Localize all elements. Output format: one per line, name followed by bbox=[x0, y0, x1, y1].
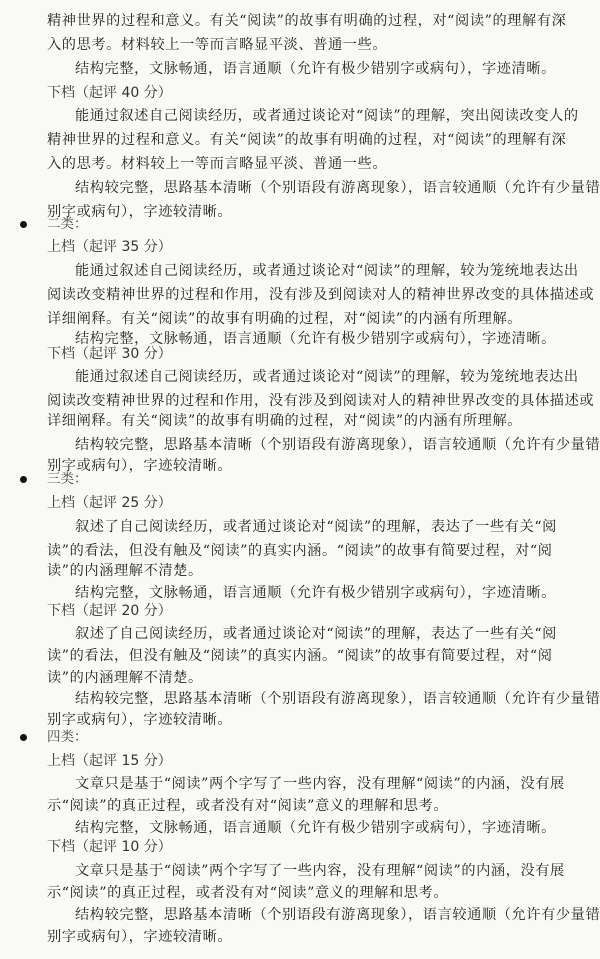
paragraph-line: 详细阐释。有关“阅读”的故事有明确的过程，对“阅读”的内涵有所理解。 bbox=[47, 310, 522, 328]
grade-heading: 上档（起评 35 分） bbox=[47, 238, 172, 256]
structure-criteria: 结构完整，文脉畅通，语言通顺（允许有极少错别字或病句），字迹清晰。 bbox=[75, 819, 556, 837]
paragraph-line: 能通过叙述自己阅读经历，或者通过谈论对“阅读”的理解，较为笼统地表达出 bbox=[75, 368, 579, 386]
category-label: 二类： bbox=[47, 215, 88, 233]
paragraph-line: 阅读改变精神世界的过程和作用，没有涉及到阅读对人的精神世界改变的具体描述或 bbox=[47, 392, 594, 410]
paragraph-line: 能通过叙述自己阅读经历，或者通过谈论对“阅读”的理解，较为笼统地表达出 bbox=[75, 262, 579, 280]
paragraph-line: 入的思考。材料较上一等而言略显平淡、普通一些。 bbox=[47, 155, 387, 173]
structure-criteria: 别字或病句），字迹较清晰。 bbox=[47, 928, 232, 946]
grade-heading: 下档（起评 20 分） bbox=[47, 602, 172, 620]
structure-criteria: 结构较完整，思路基本清晰（个别语段有游离现象），语言较通顺（允许有少量错 bbox=[75, 906, 600, 924]
paragraph-line: 能通过叙述自己阅读经历，或者通过谈论对“阅读”的理解，突出阅读改变人的 bbox=[75, 107, 579, 125]
paragraph-line: 详细阐释。有关“阅读”的故事有明确的过程，对“阅读”的内涵有所理解。 bbox=[47, 412, 522, 430]
grade-heading: 上档（起评 25 分） bbox=[47, 494, 172, 512]
category-label: 三类： bbox=[47, 470, 88, 488]
document-page: 精神世界的过程和意义。有关“阅读”的故事有明确的过程，对“阅读”的理解有深 入的… bbox=[0, 0, 600, 959]
structure-criteria: 别字或病句），字迹较清晰。 bbox=[47, 711, 232, 729]
paragraph-line: 叙述了自己阅读经历，或者通过谈论对“阅读”的理解，表达了一些有关“阅 bbox=[75, 518, 557, 536]
structure-criteria: 结构较完整，思路基本清晰（个别语段有游离现象），语言较通顺（允许有少量错 bbox=[75, 436, 600, 454]
paragraph-line: 读”的看法，但没有触及“阅读”的真实内涵。“阅读”的故事有简要过程，对“阅 bbox=[47, 647, 553, 665]
paragraph-line: 阅读改变精神世界的过程和作用，没有涉及到阅读对人的精神世界改变的具体描述或 bbox=[47, 286, 594, 304]
structure-criteria: 结构完整，文脉畅通，语言通顺（允许有极少错别字或病句），字迹清晰。 bbox=[75, 584, 556, 602]
paragraph-line: 读”的内涵理解不清楚。 bbox=[47, 669, 203, 687]
paragraph-line: 示“阅读”的真正过程，或者没有对“阅读”意义的理解和思考。 bbox=[47, 884, 448, 902]
grade-heading: 下档（起评 30 分） bbox=[47, 345, 172, 363]
structure-criteria: 结构较完整，思路基本清晰（个别语段有游离现象），语言较通顺（允许有少量错 bbox=[75, 179, 600, 197]
bullet-icon bbox=[20, 476, 27, 483]
paragraph-line: 入的思考。材料较上一等而言略显平淡、普通一些。 bbox=[47, 36, 387, 54]
structure-criteria: 结构较完整，思路基本清晰（个别语段有游离现象），语言较通顺（允许有少量错 bbox=[75, 690, 600, 708]
grade-heading: 下档（起评 40 分） bbox=[47, 84, 172, 102]
bullet-icon bbox=[20, 734, 27, 741]
paragraph-line: 示“阅读”的真正过程，或者没有对“阅读”意义的理解和思考。 bbox=[47, 797, 448, 815]
structure-criteria: 结构完整，文脉畅通，语言通顺（允许有极少错别字或病句），字迹清晰。 bbox=[75, 60, 556, 78]
paragraph-line: 精神世界的过程和意义。有关“阅读”的故事有明确的过程，对“阅读”的理解有深 bbox=[47, 131, 566, 149]
paragraph-line: 文章只是基于“阅读”两个字写了一些内容，没有理解“阅读”的内涵，没有展 bbox=[75, 775, 565, 793]
category-label: 四类： bbox=[47, 728, 88, 746]
grade-heading: 下档（起评 10 分） bbox=[47, 838, 172, 856]
bullet-icon bbox=[20, 221, 27, 228]
paragraph-line: 文章只是基于“阅读”两个字写了一些内容，没有理解“阅读”的内涵，没有展 bbox=[75, 862, 565, 880]
paragraph-line: 精神世界的过程和意义。有关“阅读”的故事有明确的过程，对“阅读”的理解有深 bbox=[47, 12, 566, 30]
paragraph-line: 读”的看法，但没有触及“阅读”的真实内涵。“阅读”的故事有简要过程，对“阅 bbox=[47, 542, 553, 560]
paragraph-line: 读”的内涵理解不清楚。 bbox=[47, 562, 203, 580]
paragraph-line: 叙述了自己阅读经历，或者通过谈论对“阅读”的理解，表达了一些有关“阅 bbox=[75, 625, 557, 643]
grade-heading: 上档（起评 15 分） bbox=[47, 752, 172, 770]
